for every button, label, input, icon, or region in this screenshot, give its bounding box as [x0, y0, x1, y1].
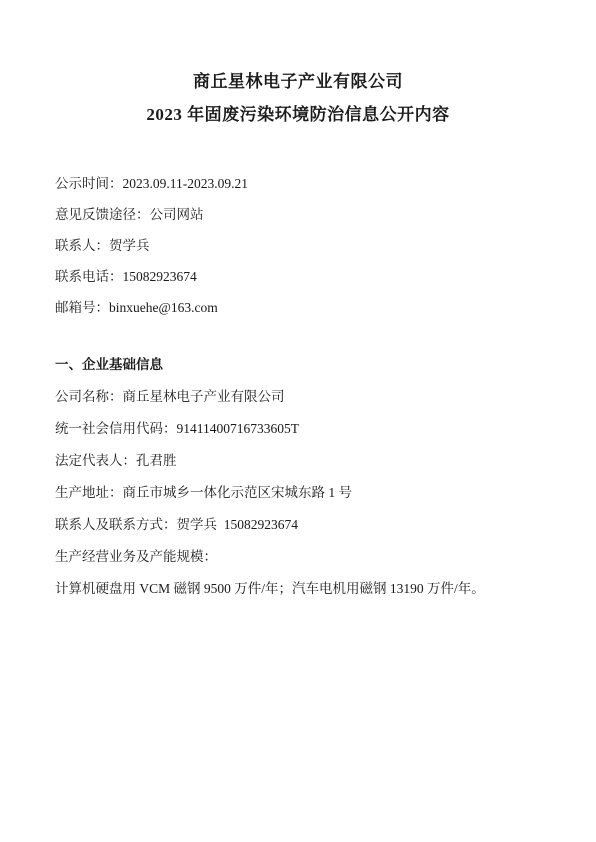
meta-block: 公示时间：2023.09.11-2023.09.21 意见反馈途径：公司网站 联… [0, 168, 596, 323]
document-page: 商丘星林电子产业有限公司 2023 年固废污染环境防治信息公开内容 公示时间：2… [0, 0, 596, 842]
meta-line-contact-person: 联系人：贺学兵 [55, 230, 541, 261]
info-line-production-address: 生产地址：商丘市城乡一体化示范区宋城东路 1 号 [55, 477, 541, 509]
title-block: 商丘星林电子产业有限公司 2023 年固废污染环境防治信息公开内容 [0, 0, 596, 131]
meta-line-email: 邮箱号：binxuehe@163.com [55, 292, 541, 323]
info-line-production-capacity: 计算机硬盘用 VCM 磁钢 9500 万件/年；汽车电机用磁钢 13190 万件… [55, 573, 541, 605]
info-line-credit-code: 统一社会信用代码：91411400716733605T [55, 413, 541, 445]
doc-title-line2: 2023 年固废污染环境防治信息公开内容 [0, 98, 596, 131]
info-line-business-scope-label: 生产经营业务及产能规模： [55, 541, 541, 573]
info-line-legal-representative: 法定代表人：孔君胜 [55, 445, 541, 477]
section1-heading: 一、企业基础信息 [55, 349, 541, 381]
meta-line-contact-phone: 联系电话：15082923674 [55, 261, 541, 292]
meta-line-feedback-channel: 意见反馈途径：公司网站 [55, 199, 541, 230]
info-line-contact-method: 联系人及联系方式：贺学兵 15082923674 [55, 509, 541, 541]
section-basic-info: 一、企业基础信息 公司名称：商丘星林电子产业有限公司 统一社会信用代码：9141… [0, 349, 596, 605]
meta-line-publicity-time: 公示时间：2023.09.11-2023.09.21 [55, 168, 541, 199]
doc-title-line1: 商丘星林电子产业有限公司 [0, 65, 596, 98]
info-line-company-name: 公司名称：商丘星林电子产业有限公司 [55, 381, 541, 413]
